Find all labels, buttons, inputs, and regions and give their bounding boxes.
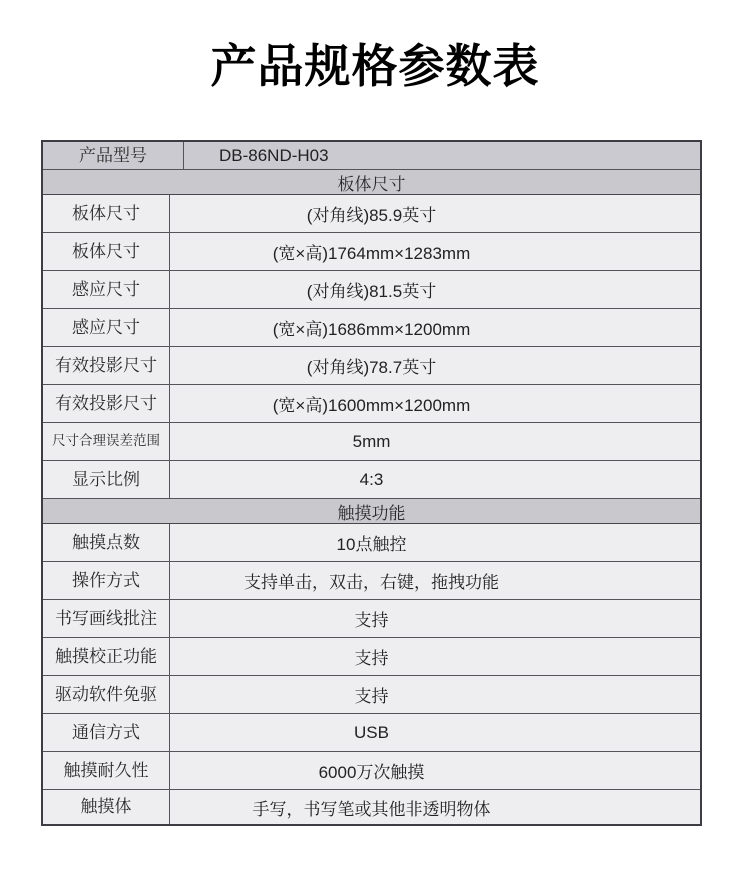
spec-row-label: 触摸校正功能 — [43, 638, 170, 675]
product-spec-page: 产品规格参数表 DB-86ND-H03产品型号板体尺寸(对角线)85.9英寸板体… — [0, 0, 750, 893]
spec-row-label: 触摸点数 — [43, 524, 170, 561]
spec-row: 支持单击，双击，右键，拖拽功能操作方式 — [43, 562, 700, 600]
spec-row: DB-86ND-H03产品型号 — [43, 142, 700, 170]
spec-row: 支持触摸校正功能 — [43, 638, 700, 676]
spec-row: 手写，书写笔或其他非透明物体触摸体 — [43, 790, 700, 824]
spec-row-label: 感应尺寸 — [43, 309, 170, 346]
spec-row-label: 感应尺寸 — [43, 271, 170, 308]
section-header-label: 触摸功能 — [338, 499, 406, 524]
spec-row-label: 板体尺寸 — [43, 195, 170, 232]
spec-row: 6000万次触摸触摸耐久性 — [43, 752, 700, 790]
spec-row-label: 尺寸合理误差范围 — [43, 423, 170, 460]
spec-row: USB通信方式 — [43, 714, 700, 752]
spec-row: 5mm尺寸合理误差范围 — [43, 423, 700, 461]
spec-row-label: 有效投影尺寸 — [43, 347, 170, 384]
section-header-row: 板体尺寸 — [43, 170, 700, 195]
spec-row-label: 有效投影尺寸 — [43, 385, 170, 422]
spec-row-label: 显示比例 — [43, 461, 170, 498]
spec-row: (宽×高)1764mm×1283mm板体尺寸 — [43, 233, 700, 271]
section-header-label: 板体尺寸 — [338, 170, 406, 195]
spec-row: (对角线)81.5英寸感应尺寸 — [43, 271, 700, 309]
spec-row-label: 书写画线批注 — [43, 600, 170, 637]
spec-row-label: 驱动软件免驱 — [43, 676, 170, 713]
spec-row: (宽×高)1686mm×1200mm感应尺寸 — [43, 309, 700, 347]
spec-row-label: 产品型号 — [43, 142, 184, 169]
page-title: 产品规格参数表 — [0, 30, 750, 96]
section-header-row: 触摸功能 — [43, 499, 700, 524]
spec-row: (对角线)78.7英寸有效投影尺寸 — [43, 347, 700, 385]
spec-row-label: 操作方式 — [43, 562, 170, 599]
spec-row-label: 触摸体 — [43, 790, 170, 824]
spec-row-label: 通信方式 — [43, 714, 170, 751]
spec-row: 10点触控触摸点数 — [43, 524, 700, 562]
spec-row: (对角线)85.9英寸板体尺寸 — [43, 195, 700, 233]
spec-table: DB-86ND-H03产品型号板体尺寸(对角线)85.9英寸板体尺寸(宽×高)1… — [41, 140, 702, 826]
spec-row: 支持书写画线批注 — [43, 600, 700, 638]
spec-row: 支持驱动软件免驱 — [43, 676, 700, 714]
spec-row-label: 板体尺寸 — [43, 233, 170, 270]
spec-row-label: 触摸耐久性 — [43, 752, 170, 789]
spec-row: 4:3显示比例 — [43, 461, 700, 499]
spec-row: (宽×高)1600mm×1200mm有效投影尺寸 — [43, 385, 700, 423]
